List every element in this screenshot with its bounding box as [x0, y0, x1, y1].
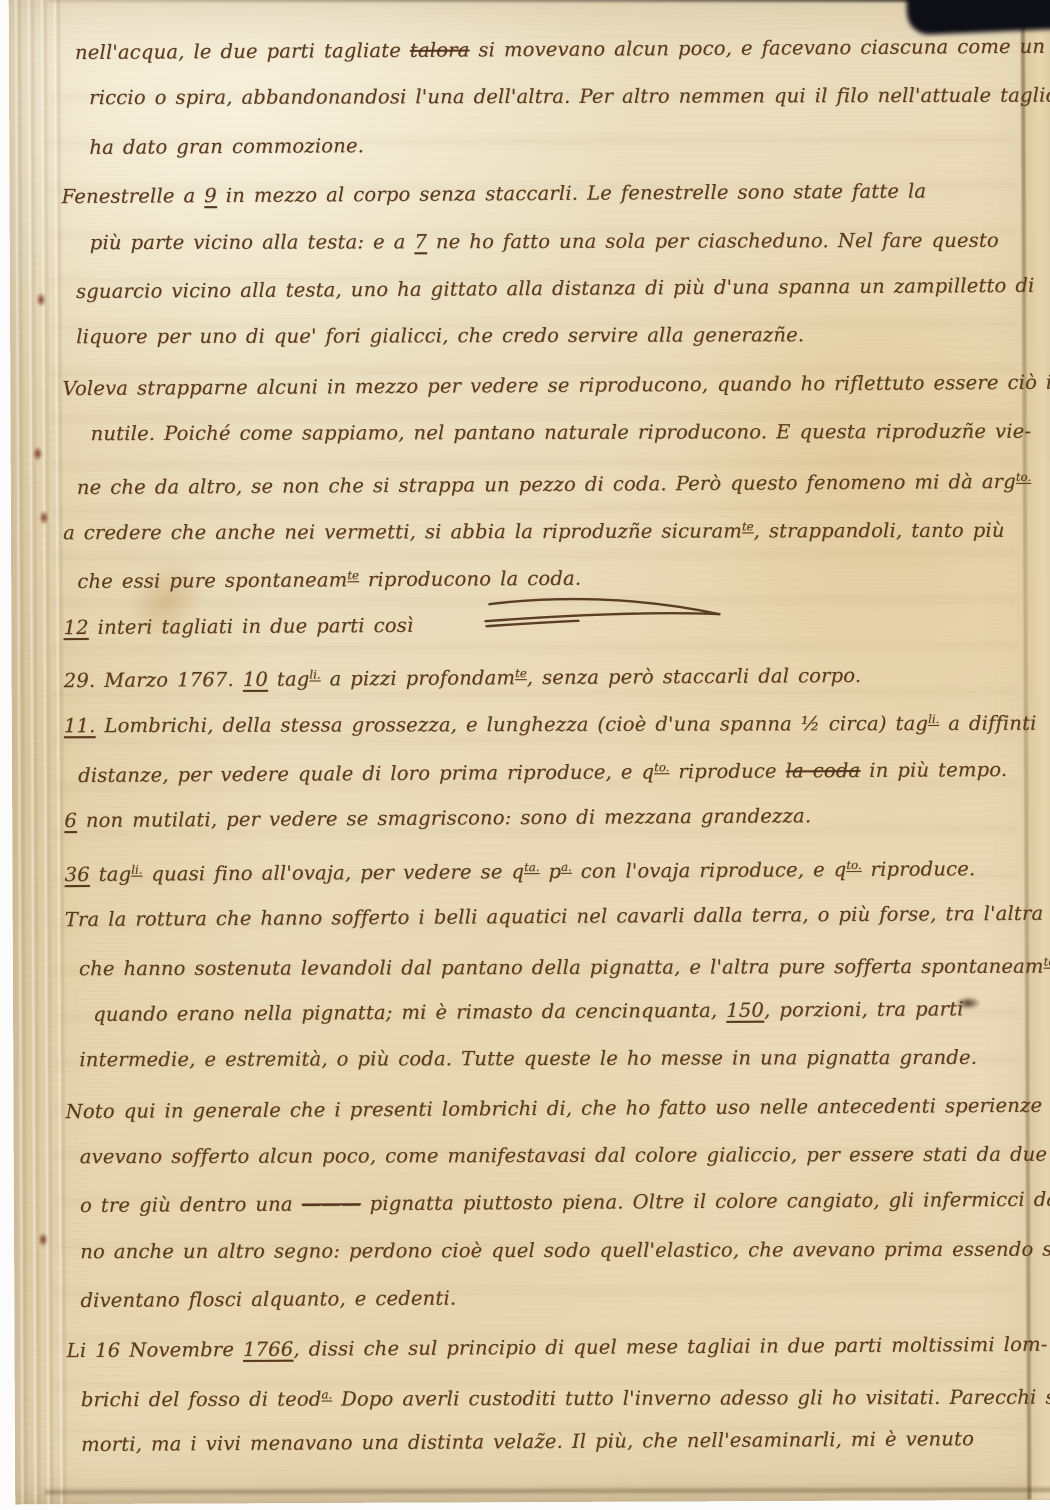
text-segment: to. [1016, 469, 1031, 483]
manuscript-line: 29. Marzo 1767. 10 tagli. a pizzi profon… [64, 647, 1032, 701]
text-segment: a. [321, 1387, 332, 1401]
text-segment: brichi del fosso di teod [81, 1387, 322, 1411]
text-segment: in mezzo al corpo senza staccarli. Le fe… [217, 180, 927, 208]
text-segment: sguarcio vicino alla testa, uno ha gitta… [76, 274, 1035, 303]
text-segment: a diffinti [939, 712, 1036, 735]
manuscript-line: a credere che anche nei vermetti, si abb… [63, 503, 1031, 553]
manuscript-line: diventano flosci alquanto, e cedenti. [80, 1271, 1034, 1325]
text-segment: li. [309, 667, 320, 681]
manuscript-line: brichi del fosso di teoda. Dopo averli c… [81, 1370, 1035, 1420]
text-segment: to. [654, 760, 669, 774]
text-segment: che hanno sostenuta levandoli dal pantan… [79, 955, 1044, 981]
text-segment: Voleva strapparne alcuni in mezzo per ve… [62, 370, 1050, 399]
manuscript-line: intermedie, e estremità, o più coda. Tut… [79, 1034, 1033, 1084]
manuscript-line: liquore per uno di que' fori gialicci, c… [76, 311, 1030, 361]
text-segment: a pizzi profondam [321, 666, 516, 690]
text-segment: , dissi che sul principio di quel mese t… [293, 1332, 1047, 1360]
manuscript-line: distanze, per vedere quale di loro prima… [78, 742, 1032, 796]
text-segment: te [347, 568, 359, 582]
bottom-page-edge [45, 1488, 1050, 1494]
text-segment: ta. [524, 860, 539, 874]
text-segment: , senza però staccarli dal corpo. [527, 664, 862, 689]
paragraph: Noto qui in generale che i presenti lomb… [65, 1082, 1034, 1323]
manuscript-line: 36 tagli. quasi fino all'ovaja, per vede… [64, 840, 1032, 894]
text-segment: con l'ovaja riproduce, e q [572, 858, 847, 883]
text-segment: te [742, 519, 754, 533]
text-segment: li. [928, 712, 939, 726]
binding-stitch-mark [33, 446, 43, 461]
manuscript-line: riccio o spira, abbandonandosi l'una del… [89, 72, 1029, 122]
text-segment: che essi pure spontaneam [77, 569, 347, 594]
manuscript-line: avevano sofferto alcun poco, come manife… [80, 1131, 1034, 1181]
text-segment: , porzioni, tra parti [764, 997, 964, 1021]
manuscript-line: Fenestrelle a 9 in mezzo al corpo senza … [61, 167, 1029, 221]
manuscript-line: nutile. Poiché come sappiamo, nel pantan… [91, 408, 1031, 458]
paragraph: Fenestrelle a 9 in mezzo al corpo senza … [61, 168, 1030, 362]
text-segment: 10 [243, 668, 268, 691]
paragraph: 29. Marzo 1767. 10 tagli. a pizzi profon… [64, 648, 1033, 794]
text-segment: talora [410, 38, 470, 61]
text-segment: quando erano nella pignatta; mi è rimast… [93, 999, 726, 1026]
paragraph: Tra la rottura che hanno sofferto i bell… [65, 891, 1034, 1085]
binding-stitch-mark [39, 510, 49, 525]
text-segment: nutile. Poiché come sappiamo, nel pantan… [91, 420, 1032, 445]
text-segment: si movevano alcun poco, e facevano ciasc… [469, 35, 1045, 62]
text-segment: Noto qui in generale che i presenti lomb… [66, 1093, 1043, 1122]
paragraph: nell'acqua, le due parti tagliate talora… [61, 24, 1030, 170]
binding-stitch-mark [36, 292, 46, 307]
text-segment: a. [561, 859, 572, 873]
text-segment: , strappandoli, tanto più [754, 519, 1005, 543]
paragraph: 36 tagli. quasi fino all'ovaja, per vede… [64, 841, 1032, 893]
manuscript-line: Voleva strapparne alcuni in mezzo per ve… [62, 359, 1030, 413]
text-segment: Li 16 Novembre [67, 1337, 243, 1361]
manuscript-line: Tra la rottura che hanno sofferto i bell… [65, 890, 1033, 944]
paragraph: 12 interi tagliati in due parti così [63, 599, 1031, 651]
text-segment: pignatta piuttosto piena. Oltre il color… [361, 1188, 1050, 1216]
text-segment: diventano flosci alquanto, e cedenti. [80, 1287, 456, 1312]
text-segment: ne ho fatto una sola per ciascheduno. Ne… [427, 228, 999, 252]
paragraph: Li 16 Novembre 1766, dissi che sul princ… [67, 1321, 1036, 1467]
text-segment: morti, ma i vivi menavano una distinta v… [81, 1428, 974, 1457]
binding-stitch-mark [38, 1232, 48, 1247]
text-segment: Dopo averli custoditi tutto l'inverno ad… [332, 1385, 1050, 1410]
manuscript-line: no anche un altro segno: perdono cioè qu… [80, 1225, 1034, 1275]
manuscript-line: morti, ma i vivi menavano una distinta v… [81, 1415, 1035, 1469]
text-segment: quasi fino all'ovaja, per vedere se q [142, 860, 524, 885]
text-segment: ha dato gran commozione. [89, 134, 364, 159]
text-segment: tag [268, 668, 310, 691]
text-segment: riccio o spira, abbandonandosi l'una del… [89, 84, 1050, 110]
text-segment: 11. [64, 715, 96, 738]
manuscript-line: quando erano nella pignatta; mi è rimast… [93, 985, 1033, 1038]
text-segment: tag [90, 862, 132, 885]
text-segment: Fenestrelle a [62, 184, 205, 208]
text-segment: la coda [786, 759, 861, 782]
text-segment: te. [1044, 955, 1050, 969]
text-segment: riproduce [669, 759, 785, 783]
text-segment: to. [846, 858, 861, 872]
text-segment: 9 [204, 184, 217, 207]
manuscript-line: sguarcio vicino alla testa, uno ha gitta… [76, 262, 1030, 316]
manuscript-line: più parte vicino alla testa: e a 7 ne ho… [90, 216, 1030, 266]
manuscript-line: che essi pure spontaneamte riproducono l… [77, 548, 1031, 602]
paragraph: Voleva strapparne alcuni in mezzo per ve… [62, 360, 1031, 601]
text-segment: ne che da altro, se non che si strappa u… [77, 469, 1016, 498]
handwritten-text: nell'acqua, le due parti tagliate talora… [61, 24, 1035, 1470]
text-segment: 29. Marzo 1767. [64, 668, 243, 692]
text-segment: liquore per uno di que' fori gialicci, c… [76, 324, 804, 349]
book-edge-shadow [49, 0, 1050, 2]
text-segment: p [539, 860, 561, 883]
text-segment: a credere che anche nei vermetti, si abb… [63, 519, 742, 544]
text-segment: interi tagliati in due parti così [89, 613, 414, 638]
text-segment: nell'acqua, le due parti tagliate [75, 39, 410, 64]
text-segment: non mutilati, per vedere se smagriscono:… [77, 804, 811, 832]
text-segment: riproduce. [862, 857, 976, 881]
manuscript-line: o tre giù dentro una ——— pignatta piutto… [80, 1176, 1034, 1230]
text-segment: ——— [302, 1193, 361, 1216]
text-segment: o tre giù dentro una [80, 1193, 302, 1217]
manuscript-line: ha dato gran commozione. [89, 118, 1029, 171]
text-segment: più parte vicino alla testa: e a [90, 230, 415, 254]
text-segment: avevano sofferto alcun poco, come manife… [80, 1143, 1047, 1169]
text-segment: li. [131, 862, 142, 876]
text-segment: 1766 [243, 1337, 294, 1360]
manuscript-page: nell'acqua, le due parti tagliate talora… [9, 0, 1050, 1504]
text-segment: Tra la rottura che hanno sofferto i bell… [65, 902, 1044, 931]
text-segment: distanze, per vedere quale di loro prima… [78, 760, 654, 787]
text-segment: in più tempo. [860, 758, 1007, 782]
text-segment: 150 [726, 998, 764, 1021]
text-segment: 7 [414, 230, 427, 253]
manuscript-line: 11. Lombrichi, della stessa grossezza, e… [64, 696, 1032, 746]
manuscript-line: ne che da altro, se non che si strappa u… [77, 453, 1031, 507]
paragraph: 6 non mutilati, per vedere se smagriscon… [64, 792, 1032, 844]
text-segment: no anche un altro segno: perdono cioè qu… [80, 1237, 1050, 1263]
text-segment: 6 [64, 809, 77, 832]
text-segment: intermedie, e estremità, o più coda. Tut… [79, 1046, 977, 1071]
manuscript-line: che hanno sostenuta levandoli dal pantan… [79, 939, 1033, 989]
text-segment: riproducono la coda. [359, 567, 581, 591]
manuscript-line: Li 16 Novembre 1766, dissi che sul princ… [66, 1320, 1034, 1374]
manuscript-line: nell'acqua, le due parti tagliate talora… [75, 23, 1029, 77]
manuscript-line: 12 interi tagliati in due parti così [63, 598, 1031, 652]
text-segment: 36 [64, 863, 89, 886]
manuscript-line: Noto qui in generale che i presenti lomb… [65, 1081, 1033, 1135]
text-segment: Lombrichi, della stessa grossezza, e lun… [95, 712, 928, 737]
text-segment: te [515, 666, 527, 680]
text-segment: 12 [63, 616, 88, 639]
manuscript-line: 6 non mutilati, per vedere se smagriscon… [64, 791, 1032, 845]
